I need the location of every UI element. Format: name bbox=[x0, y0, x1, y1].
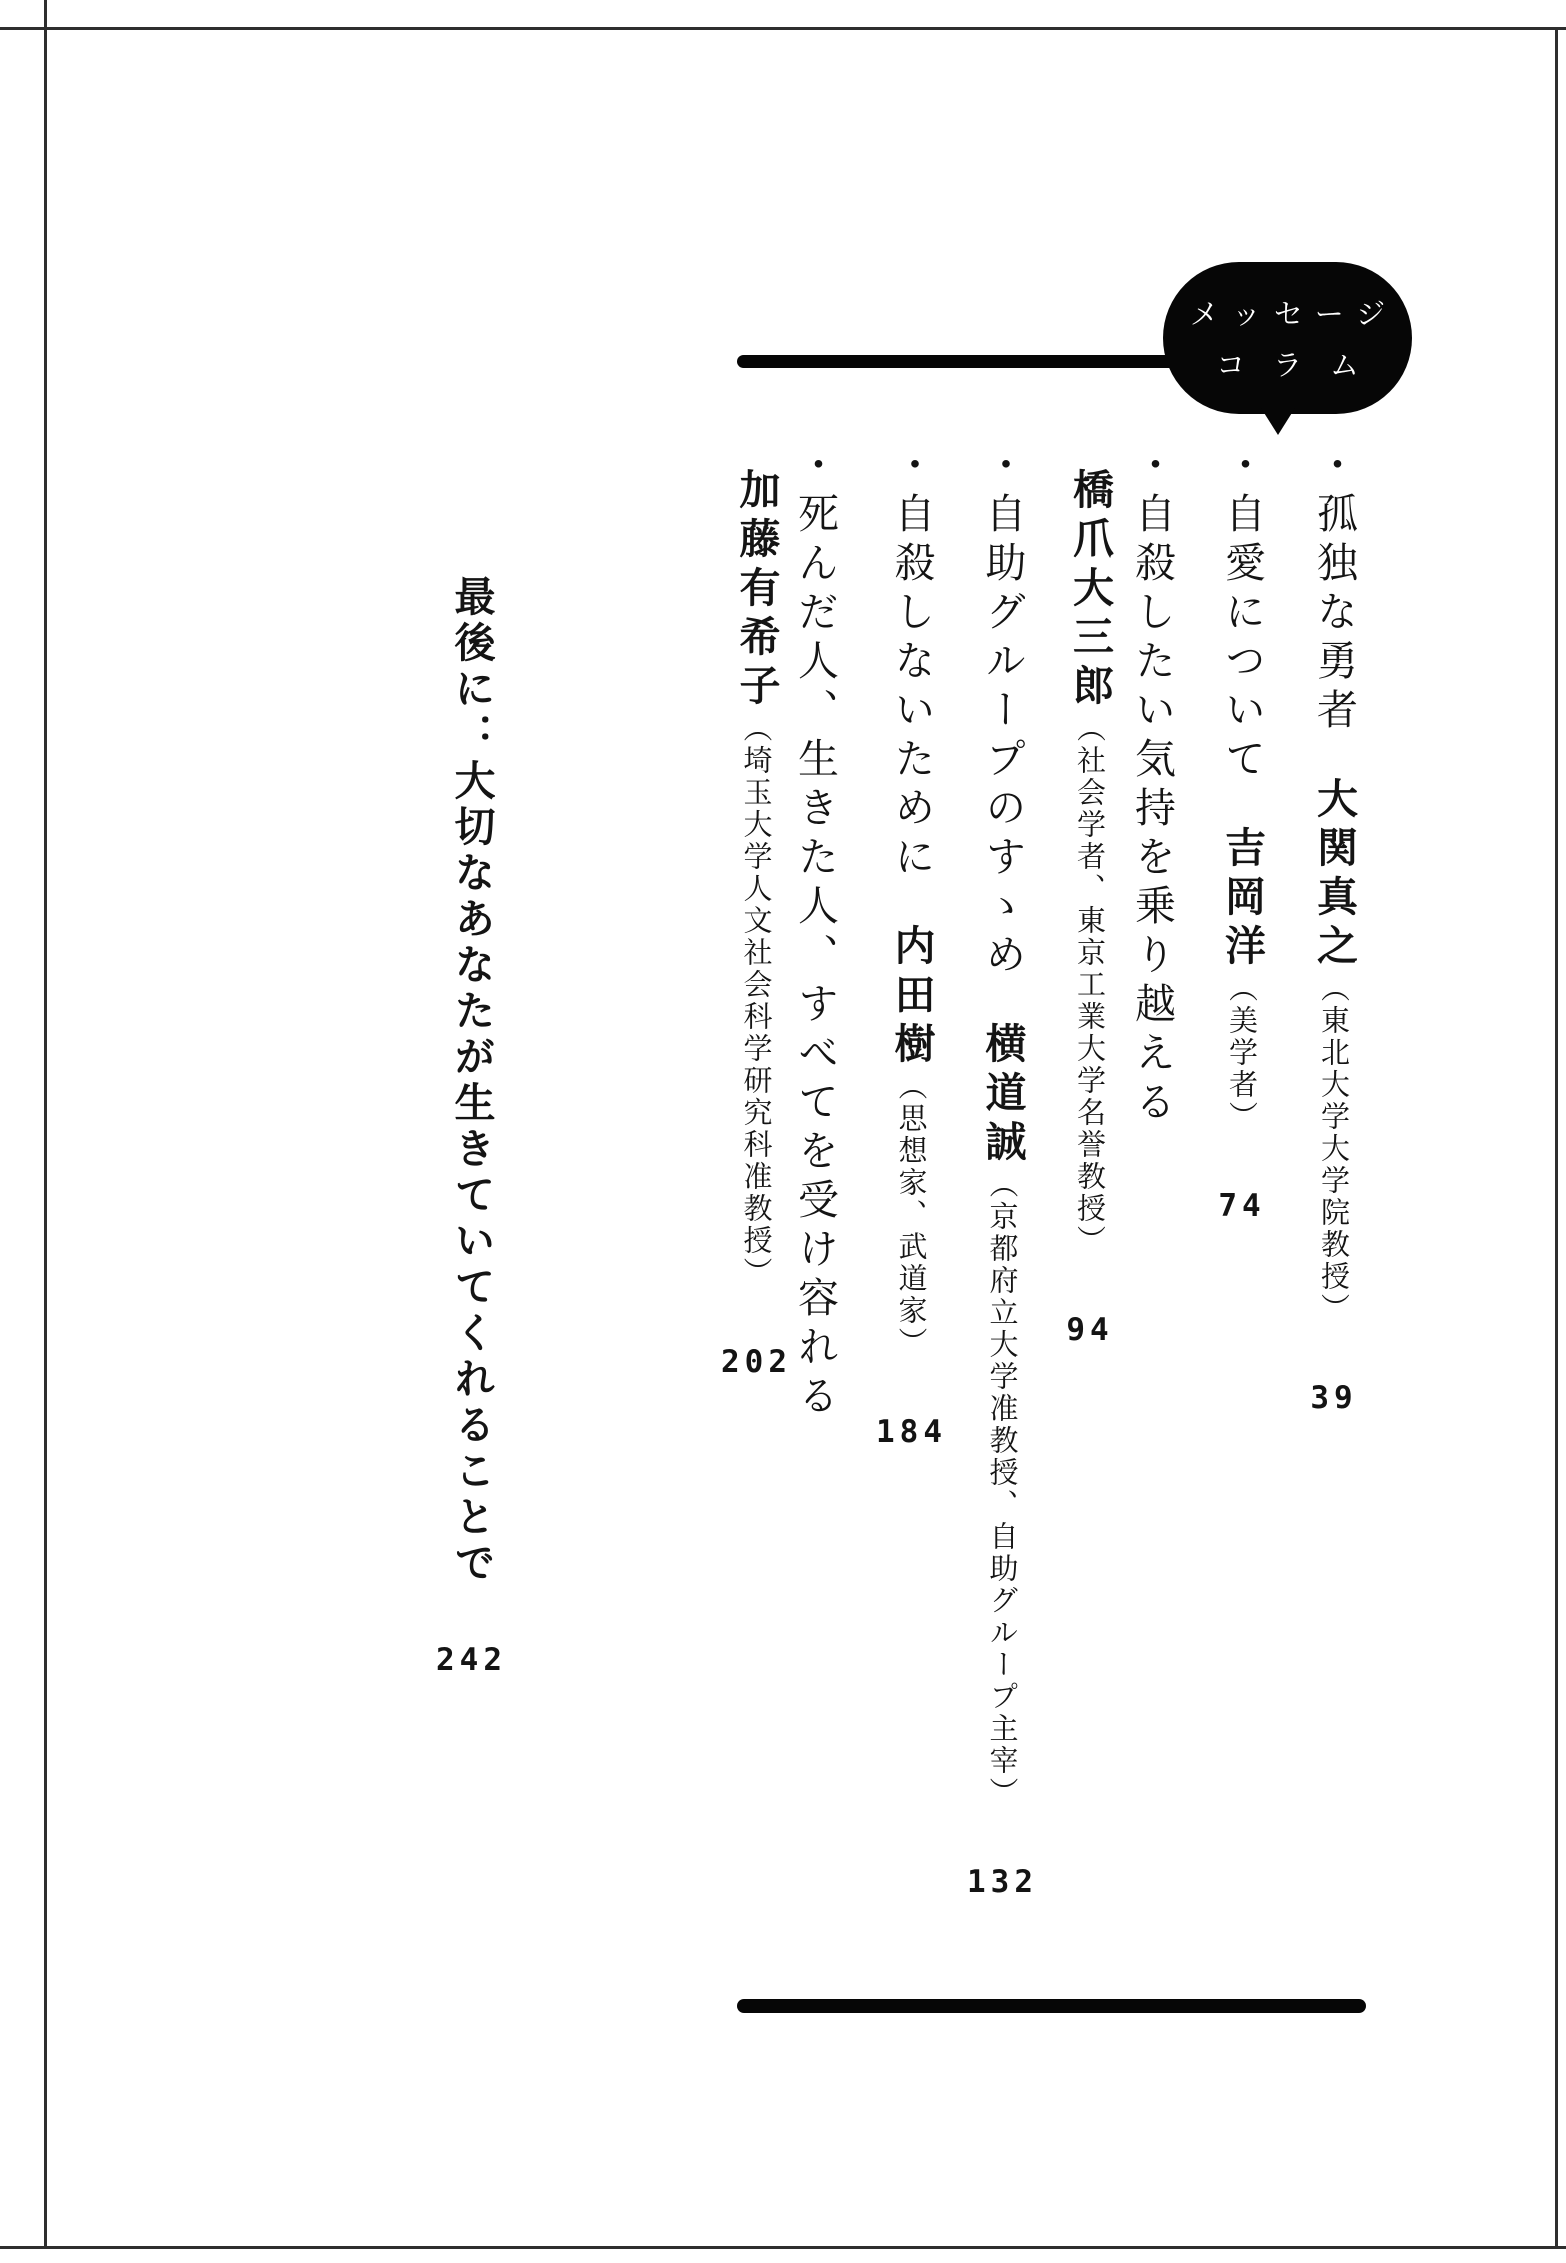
toc-entry-5: ・自殺しないために内田樹（思想家、武道家）184 bbox=[876, 443, 947, 2023]
bubble-line-1: メッセージ bbox=[1177, 292, 1398, 333]
toc-entry-6-title: ・死んだ人、生きた人、すべてを受け容れる bbox=[784, 443, 846, 2023]
entry-page-number: 202 bbox=[721, 1331, 792, 1393]
header-rule bbox=[737, 355, 1187, 368]
entry-title: ・自殺したい気持を乗り越える bbox=[1128, 443, 1176, 1129]
toc-closing-line: 最後に：大切なあなたが生きていてくれることで242 bbox=[436, 575, 507, 2155]
entry-affiliation: （東北大学大学院教授） bbox=[1317, 973, 1351, 1325]
entry-affiliation: （京都府立大学准教授、自助グループ主宰） bbox=[986, 1169, 1020, 1809]
bubble-tail-icon bbox=[1260, 408, 1296, 436]
entry-affiliation: （美学者） bbox=[1225, 973, 1259, 1133]
toc-entry-4: ・自助グループのすゝめ横道誠（京都府立大学准教授、自助グループ主宰）132 bbox=[967, 443, 1038, 2023]
entry-author: 横道誠 bbox=[972, 1022, 1034, 1169]
entry-author: 橋爪大三郎 bbox=[1059, 468, 1121, 713]
entry-title: ・自殺しないために bbox=[888, 443, 936, 884]
bubble-line-2: コラム bbox=[1188, 343, 1387, 384]
entry-page-number: 94 bbox=[1066, 1299, 1113, 1361]
entry-title: ・自愛について bbox=[1218, 443, 1266, 786]
entry-page-number: 132 bbox=[967, 1851, 1038, 1913]
entry-affiliation: （埼玉大学人文社会科学研究科准教授） bbox=[740, 713, 774, 1289]
entry-page-number: 184 bbox=[876, 1401, 947, 1463]
entry-affiliation: （思想家、武道家） bbox=[895, 1071, 929, 1359]
message-column-bubble: メッセージ コラム bbox=[1163, 262, 1412, 414]
page-frame-bottom bbox=[0, 2246, 1566, 2249]
toc-entry-2: ・自愛について吉岡洋（美学者）74 bbox=[1211, 443, 1273, 2023]
page-frame-top bbox=[0, 27, 1566, 30]
entry-page-number: 39 bbox=[1310, 1367, 1357, 1429]
entry-author: 内田樹 bbox=[881, 924, 943, 1071]
toc-entry-3-author: 橋爪大三郎（社会学者、東京工業大学名誉教授）94 bbox=[1059, 468, 1121, 2048]
entry-page-number: 74 bbox=[1218, 1175, 1265, 1237]
page-frame-left bbox=[44, 0, 47, 2249]
footer-rule bbox=[737, 1999, 1366, 2013]
closing-page-number: 242 bbox=[436, 1629, 507, 1691]
entry-author: 加藤有希子 bbox=[726, 468, 788, 713]
entry-author: 吉岡洋 bbox=[1211, 826, 1273, 973]
entry-title: ・死んだ人、生きた人、すべてを受け容れる bbox=[791, 443, 839, 1423]
toc-entry-1: ・孤独な勇者大関真之（東北大学大学院教授）39 bbox=[1303, 443, 1365, 2023]
page-frame-right bbox=[1555, 27, 1558, 2249]
entry-title: ・孤独な勇者 bbox=[1310, 443, 1358, 737]
toc-entry-3-title: ・自殺したい気持を乗り越える bbox=[1121, 443, 1183, 2023]
entry-title: ・自助グループのすゝめ bbox=[979, 443, 1027, 982]
closing-title: 最後に：大切なあなたが生きていてくれることで bbox=[448, 575, 496, 1587]
entry-author: 大関真之 bbox=[1303, 777, 1365, 973]
entry-affiliation: （社会学者、東京工業大学名誉教授） bbox=[1073, 713, 1107, 1257]
toc-entry-6-author: 加藤有希子（埼玉大学人文社会科学研究科准教授）202 bbox=[721, 468, 792, 2048]
